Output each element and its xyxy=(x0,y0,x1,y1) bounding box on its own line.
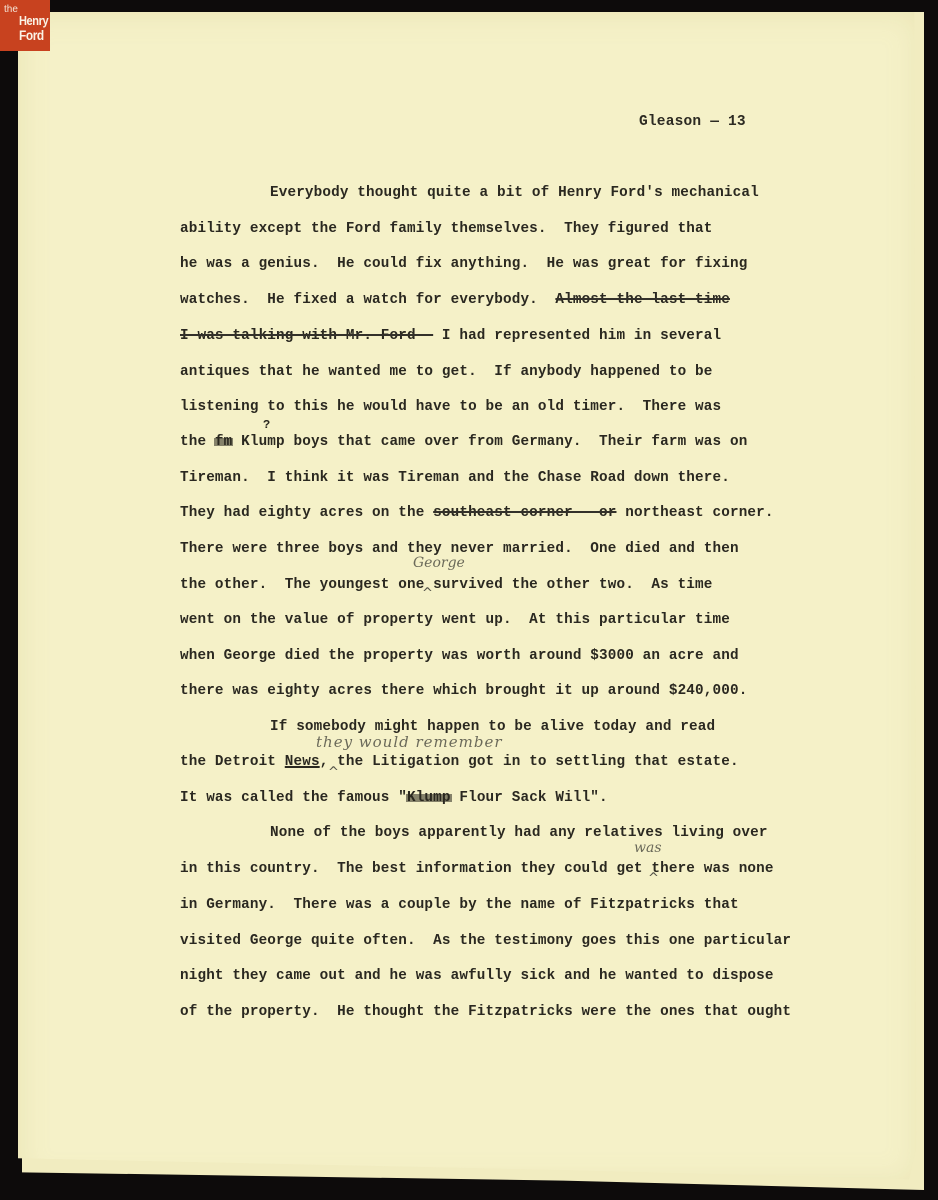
text-line: They had eighty acres on the southeast c… xyxy=(180,505,774,521)
line-text: night they came out and he was awfully s… xyxy=(180,968,774,984)
text-line: I was talking with Mr. Ford — I had repr… xyxy=(180,328,721,344)
line-text: the other. The youngest one survived the… xyxy=(180,577,713,593)
line-text: antiques that he wanted me to get. If an… xyxy=(180,364,713,380)
line-text: Flour Sack Will". xyxy=(451,790,608,806)
text-line: visited George quite often. As the testi… xyxy=(180,933,791,949)
line-text: when George died the property was worth … xyxy=(180,648,739,664)
handwritten-was: was xyxy=(634,840,662,856)
text-line: the Detroit News, the Litigation got in … xyxy=(180,754,739,770)
text-line: ability except the Ford family themselve… xyxy=(180,221,713,237)
text-line: None of the boys apparently had any rela… xyxy=(270,825,768,841)
text-line: It was called the famous "Klump Flour Sa… xyxy=(180,790,608,806)
handwritten-george: George xyxy=(413,555,465,571)
logo-henry: Henry xyxy=(19,14,48,27)
struck-text: I was talking with Mr. Ford — xyxy=(180,328,433,344)
text-line: watches. He fixed a watch for everybody.… xyxy=(180,292,730,308)
line-text: Klump boys that came over from Germany. … xyxy=(232,434,747,450)
caret-insert-icon: ^ xyxy=(648,871,659,886)
text-line: he was a genius. He could fix anything. … xyxy=(180,256,747,272)
line-text: visited George quite often. As the testi… xyxy=(180,933,791,949)
handwritten-they-would-remember: they would remember xyxy=(316,733,503,751)
text-line: went on the value of property went up. A… xyxy=(180,612,730,628)
text-line: in Germany. There was a couple by the na… xyxy=(180,897,739,913)
line-text: the xyxy=(180,434,215,450)
text-line: Tireman. I think it was Tireman and the … xyxy=(180,470,730,486)
line-text: Tireman. I think it was Tireman and the … xyxy=(180,470,730,486)
line-text: he was a genius. He could fix anything. … xyxy=(180,256,747,272)
text-line: in this country. The best information th… xyxy=(180,861,774,877)
line-text: northeast corner. xyxy=(616,505,773,521)
text-line: the fm Klump boys that came over from Ge… xyxy=(180,434,747,450)
text-line: Everybody thought quite a bit of Henry F… xyxy=(270,185,759,201)
overstruck-text: Klump xyxy=(407,790,451,806)
line-text: watches. He fixed a watch for everybody. xyxy=(180,292,555,308)
logo-ford: Ford xyxy=(19,28,44,42)
text-line: listening to this he would have to be an… xyxy=(180,399,721,415)
line-text: I had represented him in several xyxy=(433,328,721,344)
text-line: night they came out and he was awfully s… xyxy=(180,968,774,984)
struck-text: southeast corner — or xyxy=(433,505,616,521)
line-text: went on the value of property went up. A… xyxy=(180,612,730,628)
caret-insert-icon: ^ xyxy=(328,765,339,780)
text-line: antiques that he wanted me to get. If an… xyxy=(180,364,713,380)
text-line: there was eighty acres there which broug… xyxy=(180,683,747,699)
line-text: It was called the famous " xyxy=(180,790,407,806)
line-text: , the Litigation got in to settling that… xyxy=(320,754,739,770)
line-text: None of the boys apparently had any rela… xyxy=(270,825,768,841)
line-text: They had eighty acres on the xyxy=(180,505,433,521)
page-header: Gleason — 13 xyxy=(639,114,746,130)
logo-the: the xyxy=(4,5,18,15)
struck-text: Almost the last time xyxy=(555,292,730,308)
line-text: in Germany. There was a couple by the na… xyxy=(180,897,739,913)
overstruck-text: fm xyxy=(215,434,232,450)
line-text: in this country. The best information th… xyxy=(180,861,774,877)
text-line: of the property. He thought the Fitzpatr… xyxy=(180,1004,791,1020)
line-text: ability except the Ford family themselve… xyxy=(180,221,713,237)
line-text: there was eighty acres there which broug… xyxy=(180,683,747,699)
line-text: listening to this he would have to be an… xyxy=(180,399,721,415)
text-line: when George died the property was worth … xyxy=(180,648,739,664)
henry-ford-logo: the Henry Ford xyxy=(0,0,50,51)
text-line: the other. The youngest one survived the… xyxy=(180,577,713,593)
question-mark-annotation: ? xyxy=(263,418,270,432)
line-text: Everybody thought quite a bit of Henry F… xyxy=(270,185,759,201)
line-text: of the property. He thought the Fitzpatr… xyxy=(180,1004,791,1020)
line-text: the Detroit xyxy=(180,754,285,770)
underlined-text: News xyxy=(285,754,320,770)
caret-insert-icon: ^ xyxy=(422,586,433,601)
